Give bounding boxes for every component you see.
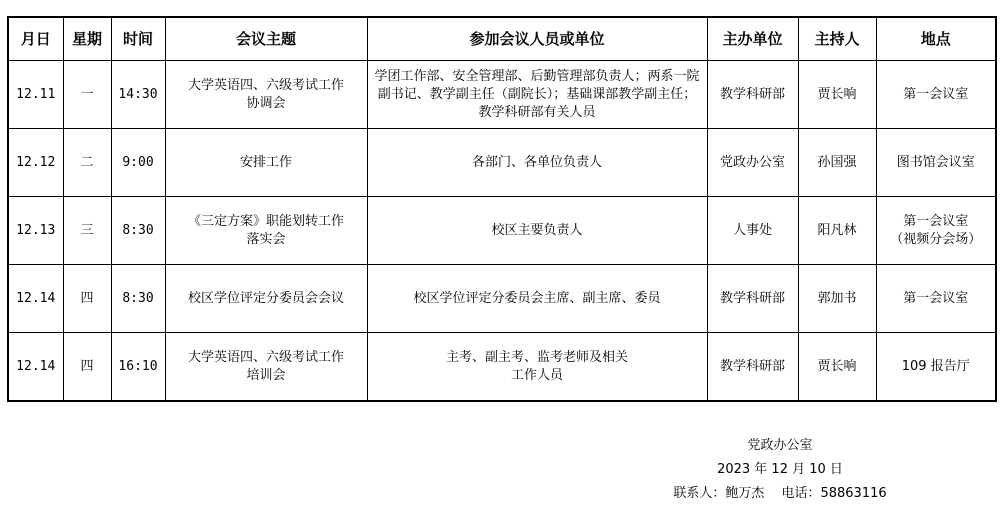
cell-location: 第一会议室（视频分会场） — [876, 197, 996, 265]
cell-organizer: 教学科研部 — [707, 265, 798, 333]
cell-time: 9:00 — [111, 129, 165, 197]
cell-weekday: 四 — [63, 333, 111, 402]
cell-location: 第一会议室 — [876, 61, 996, 129]
cell-location: 图书馆会议室 — [876, 129, 996, 197]
cell-topic: 安排工作 — [165, 129, 367, 197]
header-time: 时间 — [111, 17, 165, 61]
cell-topic: 校区学位评定分委员会会议 — [165, 265, 367, 333]
table-row: 12.14四8:30校区学位评定分委员会会议校区学位评定分委员会主席、副主席、委… — [8, 265, 996, 333]
cell-attendees: 学团工作部、安全管理部、后勤管理部负责人；两系一院副书记、教学副主任（副院长）；… — [367, 61, 707, 129]
cell-weekday: 一 — [63, 61, 111, 129]
cell-host: 阳凡林 — [798, 197, 876, 265]
cell-time: 8:30 — [111, 197, 165, 265]
cell-organizer: 教学科研部 — [707, 61, 798, 129]
header-topic: 会议主题 — [165, 17, 367, 61]
cell-host: 贾长响 — [798, 333, 876, 402]
meeting-schedule-table: 月日 星期 时间 会议主题 参加会议人员或单位 主办单位 主持人 地点 12.1… — [7, 16, 997, 402]
header-organizer: 主办单位 — [707, 17, 798, 61]
cell-attendees: 校区学位评定分委员会主席、副主席、委员 — [367, 265, 707, 333]
header-attendees: 参加会议人员或单位 — [367, 17, 707, 61]
cell-weekday: 二 — [63, 129, 111, 197]
cell-location: 第一会议室 — [876, 265, 996, 333]
header-location: 地点 — [876, 17, 996, 61]
cell-time: 16:10 — [111, 333, 165, 402]
header-weekday: 星期 — [63, 17, 111, 61]
cell-topic: 大学英语四、六级考试工作培训会 — [165, 333, 367, 402]
table-row: 12.14四16:10大学英语四、六级考试工作培训会主考、副主考、监考老师及相关… — [8, 333, 996, 402]
cell-weekday: 三 — [63, 197, 111, 265]
cell-date: 12.12 — [8, 129, 63, 197]
footer-office: 党政办公室 — [640, 434, 920, 458]
cell-time: 8:30 — [111, 265, 165, 333]
footer-signature: 党政办公室 2023 年 12 月 10 日 联系人：鲍万杰 电话：588631… — [640, 434, 920, 506]
cell-attendees: 校区主要负责人 — [367, 197, 707, 265]
table-row: 12.12二9:00安排工作各部门、各单位负责人党政办公室孙国强图书馆会议室 — [8, 129, 996, 197]
cell-date: 12.14 — [8, 333, 63, 402]
header-host: 主持人 — [798, 17, 876, 61]
cell-organizer: 教学科研部 — [707, 333, 798, 402]
cell-organizer: 党政办公室 — [707, 129, 798, 197]
cell-date: 12.14 — [8, 265, 63, 333]
cell-host: 孙国强 — [798, 129, 876, 197]
cell-attendees: 各部门、各单位负责人 — [367, 129, 707, 197]
cell-date: 12.11 — [8, 61, 63, 129]
cell-location: 109 报告厅 — [876, 333, 996, 402]
cell-organizer: 人事处 — [707, 197, 798, 265]
cell-weekday: 四 — [63, 265, 111, 333]
footer-contact: 联系人：鲍万杰 电话：58863116 — [640, 482, 920, 506]
cell-time: 14:30 — [111, 61, 165, 129]
cell-host: 郭加书 — [798, 265, 876, 333]
table-row: 12.11一14:30大学英语四、六级考试工作协调会学团工作部、安全管理部、后勤… — [8, 61, 996, 129]
cell-topic: 《三定方案》职能划转工作落实会 — [165, 197, 367, 265]
cell-attendees: 主考、副主考、监考老师及相关工作人员 — [367, 333, 707, 402]
header-date: 月日 — [8, 17, 63, 61]
cell-date: 12.13 — [8, 197, 63, 265]
table-row: 12.13三8:30《三定方案》职能划转工作落实会校区主要负责人人事处阳凡林第一… — [8, 197, 996, 265]
header-row: 月日 星期 时间 会议主题 参加会议人员或单位 主办单位 主持人 地点 — [8, 17, 996, 61]
cell-host: 贾长响 — [798, 61, 876, 129]
footer-date: 2023 年 12 月 10 日 — [640, 458, 920, 482]
cell-topic: 大学英语四、六级考试工作协调会 — [165, 61, 367, 129]
